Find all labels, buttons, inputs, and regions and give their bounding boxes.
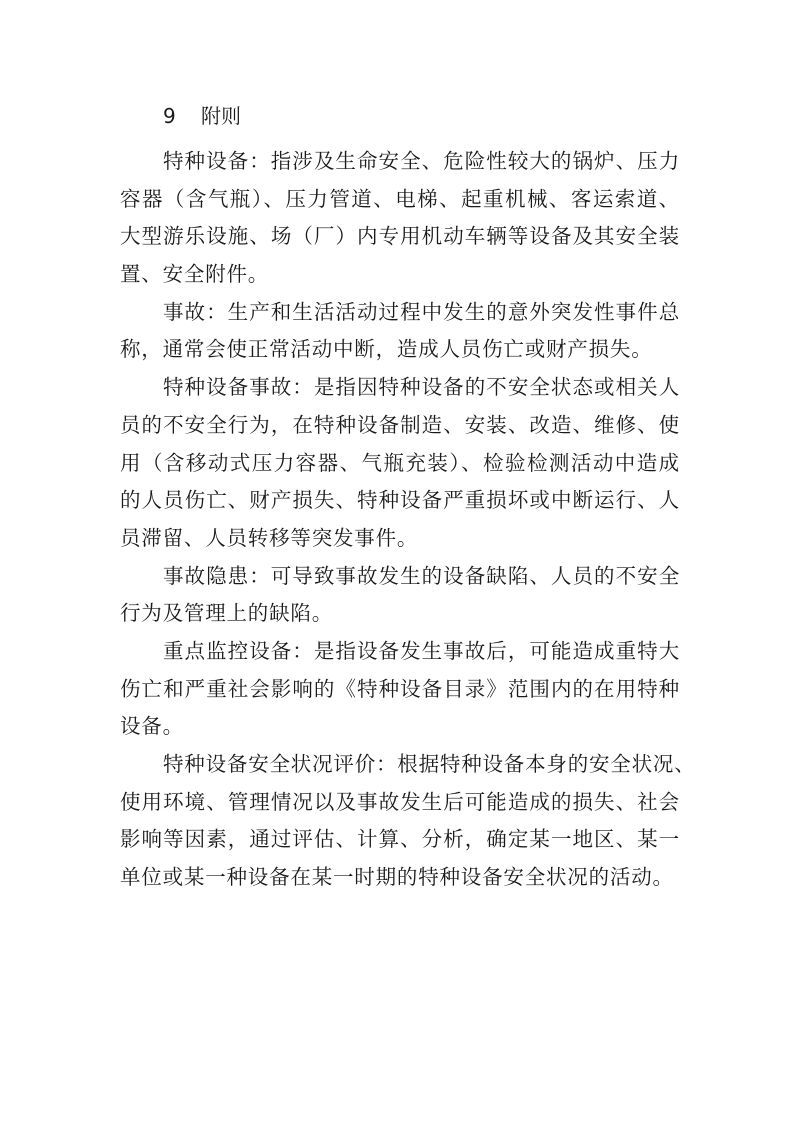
text-line: 设备。 <box>120 708 680 746</box>
text-line: 影响等因素，通过评估、计算、分析，确定某一地区、某一 <box>120 821 680 859</box>
section-heading: 9附则 <box>120 97 680 135</box>
paragraph-accident-hazard: 事故隐患：可导致事故发生的设备缺陷、人员的不安全 行为及管理上的缺陷。 <box>120 558 680 633</box>
text-line: 特种设备安全状况评价：根据特种设备本身的安全状况、 <box>120 746 680 784</box>
text-line: 的人员伤亡、财产损失、特种设备严重损坏或中断运行、人 <box>120 482 680 520</box>
section-title: 附则 <box>201 104 241 128</box>
text-line: 单位或某一种设备在某一时期的特种设备安全状况的活动。 <box>120 859 680 897</box>
text-line: 特种设备：指涉及生命安全、危险性较大的锅炉、压力 <box>120 143 680 181</box>
text-line: 员滞留、人员转移等突发事件。 <box>120 520 680 558</box>
text-line: 称，通常会使正常活动中断，造成人员伤亡或财产损失。 <box>120 331 680 369</box>
text-line: 特种设备事故：是指因特种设备的不安全状态或相关人 <box>120 369 680 407</box>
text-line: 大型游乐设施、场（厂）内专用机动车辆等设备及其安全装 <box>120 218 680 256</box>
text-line: 容器（含气瓶）、压力管道、电梯、起重机械、客运索道、 <box>120 181 680 219</box>
paragraph-safety-evaluation: 特种设备安全状况评价：根据特种设备本身的安全状况、 使用环境、管理情况以及事故发… <box>120 746 680 897</box>
text-line: 置、安全附件。 <box>120 256 680 294</box>
text-line: 用（含移动式压力容器、气瓶充装）、检验检测活动中造成 <box>120 445 680 483</box>
text-line: 事故：生产和生活活动过程中发生的意外突发性事件总 <box>120 294 680 332</box>
document-page: 9附则 特种设备：指涉及生命安全、危险性较大的锅炉、压力 容器（含气瓶）、压力管… <box>120 97 680 897</box>
text-line: 使用环境、管理情况以及事故发生后可能造成的损失、社会 <box>120 784 680 822</box>
text-line: 重点监控设备：是指设备发生事故后，可能造成重特大 <box>120 633 680 671</box>
paragraph-special-equipment-accident: 特种设备事故：是指因特种设备的不安全状态或相关人 员的不安全行为，在特种设备制造… <box>120 369 680 557</box>
text-line: 事故隐患：可导致事故发生的设备缺陷、人员的不安全 <box>120 558 680 596</box>
text-line: 行为及管理上的缺陷。 <box>120 595 680 633</box>
section-number: 9 <box>163 97 201 135</box>
text-line: 员的不安全行为，在特种设备制造、安装、改造、维修、使 <box>120 407 680 445</box>
paragraph-accident: 事故：生产和生活活动过程中发生的意外突发性事件总 称，通常会使正常活动中断，造成… <box>120 294 680 369</box>
text-line: 伤亡和严重社会影响的《特种设备目录》范围内的在用特种 <box>120 671 680 709</box>
paragraph-key-monitored-equipment: 重点监控设备：是指设备发生事故后，可能造成重特大 伤亡和严重社会影响的《特种设备… <box>120 633 680 746</box>
paragraph-special-equipment: 特种设备：指涉及生命安全、危险性较大的锅炉、压力 容器（含气瓶）、压力管道、电梯… <box>120 143 680 294</box>
